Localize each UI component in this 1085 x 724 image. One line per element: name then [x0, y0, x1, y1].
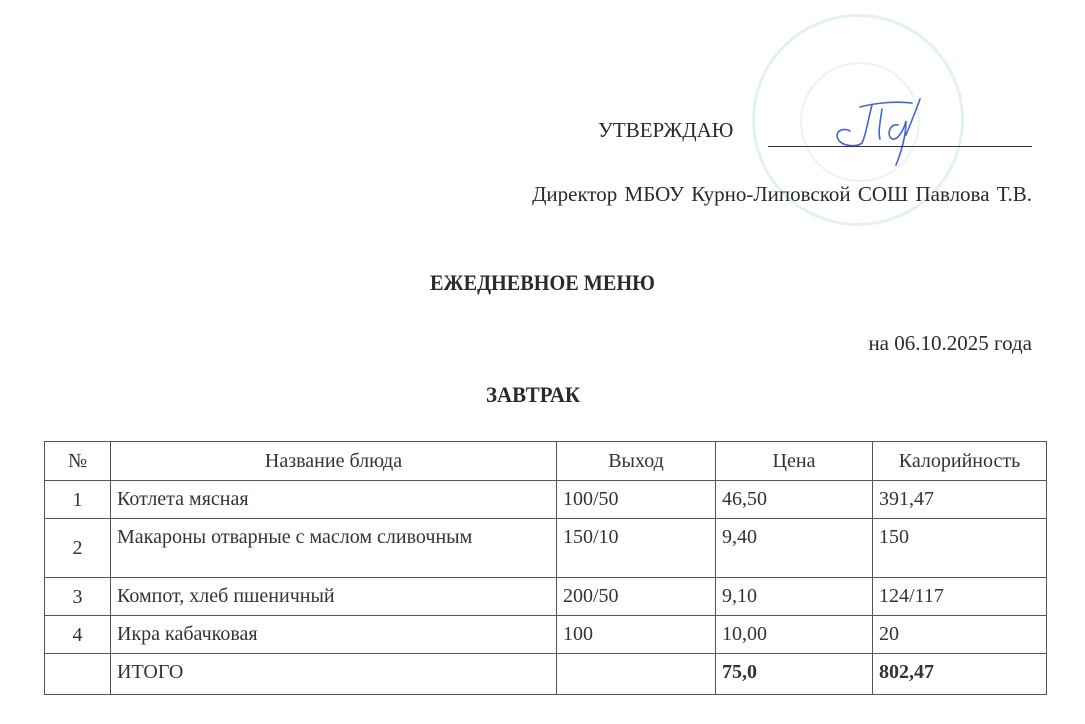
table-row: 4 Икра кабачковая 100 10,00 20 — [45, 616, 1047, 654]
approve-label: УТВЕРЖДАЮ — [598, 118, 733, 143]
row-number: 4 — [45, 616, 111, 654]
dish-name: Компот, хлеб пшеничный — [111, 578, 557, 616]
dish-price: 9,10 — [716, 578, 873, 616]
dish-name: Икра кабачковая — [111, 616, 557, 654]
column-header-calories: Калорийность — [873, 442, 1047, 481]
dish-calories: 124/117 — [873, 578, 1047, 616]
column-header-portion: Выход — [557, 442, 716, 481]
dish-price: 46,50 — [716, 481, 873, 519]
dish-calories: 150 — [873, 519, 1047, 578]
total-number-cell — [45, 654, 111, 695]
page-title: ЕЖЕДНЕВНОЕ МЕНЮ — [43, 270, 1041, 296]
dish-price: 9,40 — [716, 519, 873, 578]
column-header-price: Цена — [716, 442, 873, 481]
dish-portion: 100/50 — [557, 481, 716, 519]
dish-calories: 391,47 — [873, 481, 1047, 519]
signature-icon — [820, 95, 950, 170]
dish-calories: 20 — [873, 616, 1047, 654]
table-row: 1 Котлета мясная 100/50 46,50 391,47 — [45, 481, 1047, 519]
row-number: 1 — [45, 481, 111, 519]
table-header-row: № Название блюда Выход Цена Калорийность — [45, 442, 1047, 481]
column-header-name: Название блюда — [111, 442, 557, 481]
total-portion — [557, 654, 716, 695]
dish-name: Котлета мясная — [111, 481, 557, 519]
total-row: ИТОГО 75,0 802,47 — [45, 654, 1047, 695]
dish-portion: 100 — [557, 616, 716, 654]
total-price: 75,0 — [716, 654, 873, 695]
menu-table: № Название блюда Выход Цена Калорийность… — [44, 441, 1047, 695]
table-row: 2 Макароны отварные с маслом сливочным 1… — [45, 519, 1047, 578]
row-number: 2 — [45, 519, 111, 578]
dish-price: 10,00 — [716, 616, 873, 654]
dish-portion: 200/50 — [557, 578, 716, 616]
row-number: 3 — [45, 578, 111, 616]
total-calories: 802,47 — [873, 654, 1047, 695]
dish-portion: 150/10 — [557, 519, 716, 578]
table-row: 3 Компот, хлеб пшеничный 200/50 9,10 124… — [45, 578, 1047, 616]
signature-line — [768, 146, 1032, 147]
column-header-number: № — [45, 442, 111, 481]
director-line: Директор МБОУ Курно-Липовской СОШ Павлов… — [532, 182, 1032, 207]
dish-name: Макароны отварные с маслом сливочным — [111, 519, 557, 578]
total-label: ИТОГО — [111, 654, 557, 695]
meal-title: ЗАВТРАК — [486, 382, 580, 408]
menu-date: на 06.10.2025 года — [868, 331, 1032, 356]
